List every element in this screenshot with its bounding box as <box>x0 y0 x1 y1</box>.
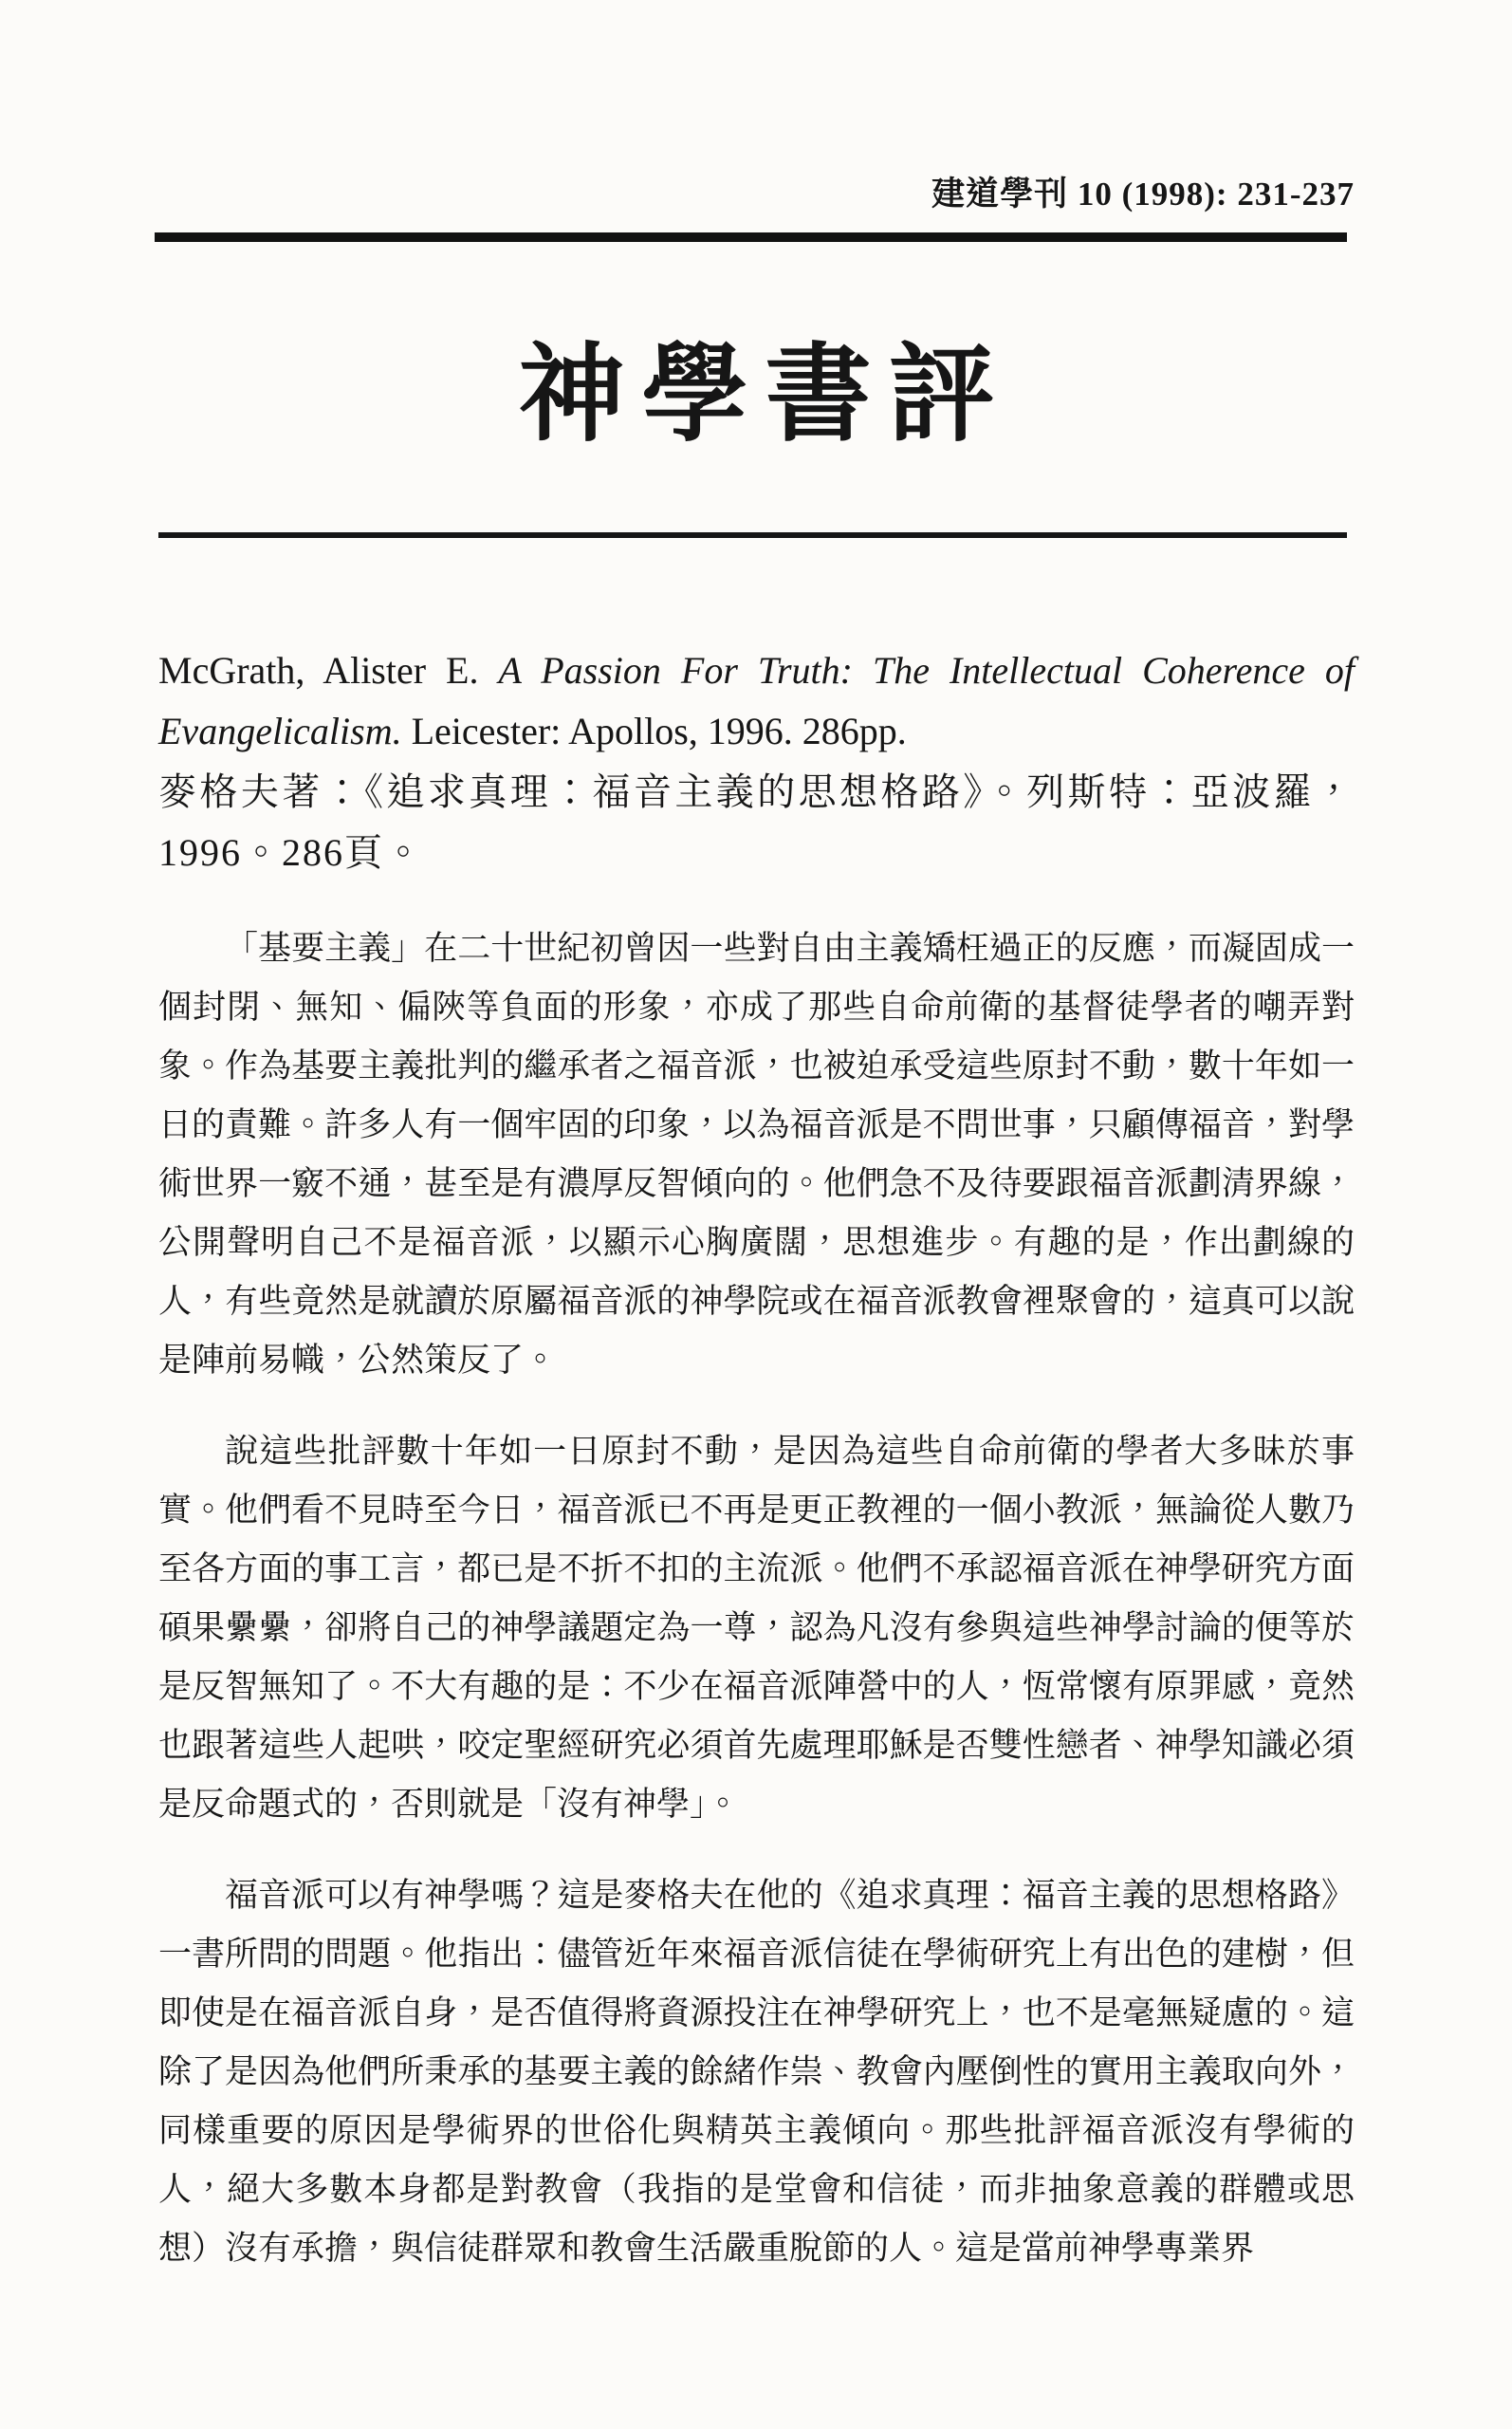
scanned-journal-page: 建道學刊 10 (1998): 231-237 神學書評 McGrath, Al… <box>0 0 1512 2429</box>
page-content: 建道學刊 10 (1998): 231-237 神學書評 McGrath, Al… <box>0 0 1512 2278</box>
citation-chinese: 麥格夫著：《追求真理：福音主義的思想格路》。列斯特：亞波羅，1996。286頁。 <box>158 762 1355 883</box>
citation-english: McGrath, Alister E. A Passion For Truth:… <box>158 640 1355 762</box>
review-paragraph-2: 說這些批評數十年如一日原封不動，是因為這些自命前衛的學者大多昧於事實。他們看不見… <box>158 1422 1355 1834</box>
review-paragraph-1: 「基要主義」在二十世紀初曾因一些對自由主義矯枉過正的反應，而凝固成一個封閉、無知… <box>158 919 1355 1390</box>
citation-author: McGrath, Alister E. <box>158 649 499 692</box>
journal-running-head: 建道學刊 10 (1998): 231-237 <box>158 0 1355 213</box>
title-rule-thin <box>158 532 1347 538</box>
review-paragraph-3: 福音派可以有神學嗎？這是麥格夫在他的《追求真理：福音主義的思想格路》一書所問的問… <box>158 1866 1355 2278</box>
citation-publisher: Leicester: Apollos, 1996. 286pp. <box>402 710 907 752</box>
page-title: 神學書評 <box>158 335 1355 457</box>
header-rule-thick <box>155 232 1347 242</box>
book-citation: McGrath, Alister E. A Passion For Truth:… <box>158 640 1355 883</box>
review-body: 「基要主義」在二十世紀初曾因一些對自由主義矯枉過正的反應，而凝固成一個封閉、無知… <box>158 919 1355 2278</box>
